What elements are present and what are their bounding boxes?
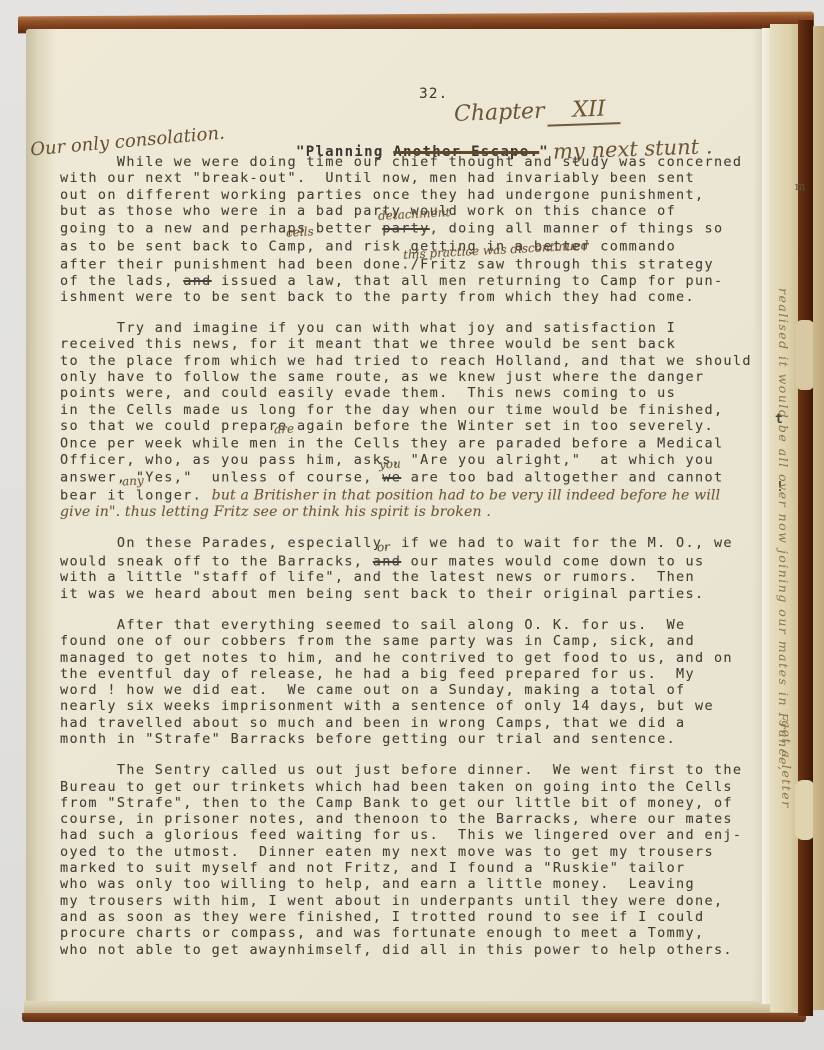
handwritten-text: give in". thus letting Fritz see or thin…: [60, 504, 491, 520]
photo-of-manuscript-page: { "colors": { "page_paper": "#ece7d5", "…: [0, 0, 824, 1050]
typed-text: word ! how we did eat. We came out on a …: [60, 682, 686, 698]
handwritten-insertion-text: or: [377, 538, 391, 555]
typed-text: but as those who were in a bad party wou…: [60, 203, 676, 219]
typed-text: are too bad altogether and cannot: [401, 470, 723, 486]
typed-text: in the Cells they are paraded before a M…: [278, 436, 723, 452]
typed-text: my trousers with him, I went about in un…: [60, 893, 723, 909]
typed-line: it was we heard about men being sent bac…: [60, 586, 760, 602]
cover-wear-chip: [796, 320, 814, 390]
typed-line: month in "Strafe" Barracks before gettin…: [60, 731, 760, 747]
typed-text: Try and imagine if you can with what joy…: [60, 320, 676, 336]
typed-paragraph: Try and imagine if you can with what joy…: [60, 320, 760, 520]
typed-line: would sneak off to the Barracks, andor o…: [60, 552, 760, 570]
typed-line: points were, and could easily evade them…: [60, 385, 760, 401]
typed-line: ishment were to be sent back to the part…: [60, 289, 760, 305]
typed-line: found one of our cobbers from the same p…: [60, 633, 760, 649]
chapter-label: Chapter: [454, 99, 545, 127]
typed-text: going to a new and perhaps better: [60, 221, 382, 237]
typed-text: While we were doing time our chief thoug…: [60, 154, 742, 170]
typed-text: After that everything seemed to sail alo…: [60, 617, 686, 633]
manuscript-page: 32. ChapterXII Our only consolation. "Pl…: [26, 29, 766, 1001]
typed-text: answer, "Yes," unless of course,: [60, 470, 382, 486]
typed-line: managed to get notes to him, and he cont…: [60, 650, 760, 666]
typed-line: with a little "staff of life", and the l…: [60, 569, 760, 585]
cover-wear-chip: [795, 780, 815, 840]
typed-text: managed to get notes to him, and he cont…: [60, 650, 733, 666]
typed-line: While we were doing time our chief thoug…: [60, 154, 760, 170]
typed-line: Try and imagine if you can with what joy…: [60, 320, 760, 336]
typed-body: While we were doing time our chief thoug…: [60, 154, 760, 958]
edge-stamp-letter: m: [795, 180, 805, 193]
typed-line: After that everything seemed to sail alo…: [60, 617, 760, 633]
typed-text: month in "Strafe" Barracks before gettin…: [60, 731, 676, 747]
typed-text: nearly six weeks imprisonment with a sen…: [60, 698, 714, 714]
typed-line: who was only too willing to help, and ea…: [60, 876, 760, 892]
typed-text: who not able to get awaynhimself, did al…: [60, 942, 733, 958]
typed-text: Bureau to get our trinkets which had bee…: [60, 779, 733, 795]
handwritten-insertion-text: are: [274, 421, 295, 438]
typed-text: had such a glorious feed waiting for us.…: [60, 827, 742, 843]
typed-text: points were, and could easily evade them…: [60, 385, 676, 401]
typed-line: with our next "break-out". Until now, me…: [60, 170, 760, 186]
typed-text: course, in prisoner notes, and thenoon t…: [60, 811, 733, 827]
typed-text: issued a law, that all men returning to …: [212, 273, 724, 289]
typed-text: only have to follow the same route, as w…: [60, 369, 704, 385]
typed-line: had travelled about so much and been in …: [60, 715, 760, 731]
typed-line: procure charts or compass, and was fortu…: [60, 925, 760, 941]
typed-text: ishment were to be sent back to the part…: [60, 289, 695, 305]
typed-line: only have to follow the same route, as w…: [60, 369, 760, 385]
typed-line: going to a new and perhaps better partyd…: [60, 219, 760, 237]
typed-text: On these Parades, especially, if we had …: [60, 535, 733, 551]
adjacent-page-and-cover-edge: m t ! realised it would be all over now …: [762, 20, 824, 1016]
typed-line: Once per week while menare in the Cells …: [60, 434, 760, 452]
typed-paragraph: The Sentry called us out just before din…: [60, 762, 760, 958]
typed-text: out on different working parties once th…: [60, 187, 704, 203]
handwritten-chapter-heading: ChapterXII: [454, 96, 620, 127]
handwritten-text: but a Britisher in that position had to …: [212, 488, 721, 504]
typed-line: had such a glorious feed waiting for us.…: [60, 827, 760, 843]
typed-text: the eventful day of release, he had a bi…: [60, 666, 695, 682]
typed-text: bear it: [60, 488, 126, 504]
typed-line: who not able to get awaynhimself, did al…: [60, 942, 760, 958]
typed-line: course, in prisoner notes, and thenoon t…: [60, 811, 760, 827]
typed-text: received this news, for it meant that we…: [60, 336, 676, 352]
typed-line: bear itany longer. but a Britisher in th…: [60, 486, 760, 504]
chapter-numeral: XII: [546, 96, 620, 127]
typed-text: to the place from which we had tried to …: [60, 353, 752, 369]
typed-line: out on different working parties once th…: [60, 187, 760, 203]
typed-text: with a little "staff of life", and the l…: [60, 569, 695, 585]
typed-text: from "Strafe", then to the Camp Bank to …: [60, 795, 733, 811]
typed-text: oyed to the utmost. Dinner eaten my next…: [60, 844, 714, 860]
typed-text: found one of our cobbers from the same p…: [60, 633, 695, 649]
typed-paragraph: On these Parades, especially, if we had …: [60, 535, 760, 602]
typed-text: longer.: [126, 488, 211, 504]
typed-text: in the Cells made us long for the day wh…: [60, 402, 723, 418]
typed-line: the eventful day of release, he had a bi…: [60, 666, 760, 682]
typed-text: as to be sent back to Camp,: [60, 238, 316, 254]
handwritten-insertion-text: you: [379, 455, 402, 472]
typed-text: of the lads,: [60, 273, 183, 289]
typed-line: marked to suit myself and not Fritz, and…: [60, 860, 760, 876]
struck-text: and: [183, 273, 211, 289]
typed-line: after their punishment had been done.thi…: [60, 255, 760, 273]
typed-text: with our next "break-out". Until now, me…: [60, 170, 695, 186]
typed-line: word ! how we did eat. We came out on a …: [60, 682, 760, 698]
cover-spine-sliver: [798, 20, 813, 1016]
typed-line: so that we could prepare again before th…: [60, 418, 760, 434]
typed-line: give in". thus letting Fritz see or thin…: [60, 504, 760, 520]
typed-text: procure charts or compass, and was fortu…: [60, 925, 704, 941]
typed-text: , doing all manner of things so: [430, 221, 724, 237]
typed-line: from "Strafe", then to the Camp Bank to …: [60, 795, 760, 811]
typed-line: The Sentry called us out just before din…: [60, 762, 760, 778]
typed-line: and as soon as they were finished, I tro…: [60, 909, 760, 925]
gutter-shadow: [26, 29, 56, 1001]
page-edge-sliver: [762, 28, 770, 1004]
typed-text: who was only too willing to help, and ea…: [60, 876, 695, 892]
handwritten-insertion-text: cells: [285, 223, 313, 241]
vertical-margin-note-1: realised it would be all over now joinin…: [776, 288, 791, 718]
typed-line: to the place from which we had tried to …: [60, 353, 760, 369]
typed-text: would sneak off to the Barracks,: [60, 553, 373, 569]
typed-line: received this news, for it meant that we…: [60, 336, 760, 352]
page-number: 32.: [419, 86, 448, 102]
typed-line: my trousers with him, I went about in un…: [60, 893, 760, 909]
typed-text: it was we heard about men being sent bac…: [60, 586, 704, 602]
typed-line: Officer, who, as you pass him, asks, "Ar…: [60, 452, 760, 468]
typed-line: oyed to the utmost. Dinner eaten my next…: [60, 844, 760, 860]
typed-line: Bureau to get our trinkets which had bee…: [60, 779, 760, 795]
typed-text: so that we could prepare again before th…: [60, 418, 714, 434]
typed-paragraph: After that everything seemed to sail alo…: [60, 617, 760, 747]
cover-outer-edge: [813, 26, 824, 1010]
typed-paragraph: While we were doing time our chief thoug…: [60, 154, 760, 305]
typed-line: answer, "Yes," unless of course, weyou a…: [60, 468, 760, 486]
typed-text: Once per week while men: [60, 436, 278, 452]
typed-text: after their punishment had been done.: [60, 256, 411, 272]
typed-line: of the lads, and issued a law, that all …: [60, 273, 760, 289]
typed-text: The Sentry called us out just before din…: [60, 762, 742, 778]
typed-text: marked to suit myself and not Fritz, and…: [60, 860, 686, 876]
typed-text: had travelled about so much and been in …: [60, 715, 686, 731]
vertical-margin-note-2: get a letter: [779, 720, 794, 870]
typed-line: nearly six weeks imprisonment with a sen…: [60, 698, 760, 714]
typed-text: our mates would come down to us: [401, 553, 704, 569]
typed-line: On these Parades, especially, if we had …: [60, 535, 760, 551]
typed-text: and as soon as they were finished, I tro…: [60, 909, 704, 925]
book-cover-bottom-edge: [22, 1013, 806, 1022]
handwritten-insertion-text: any: [122, 473, 144, 490]
typed-line: in the Cells made us long for the day wh…: [60, 402, 760, 418]
